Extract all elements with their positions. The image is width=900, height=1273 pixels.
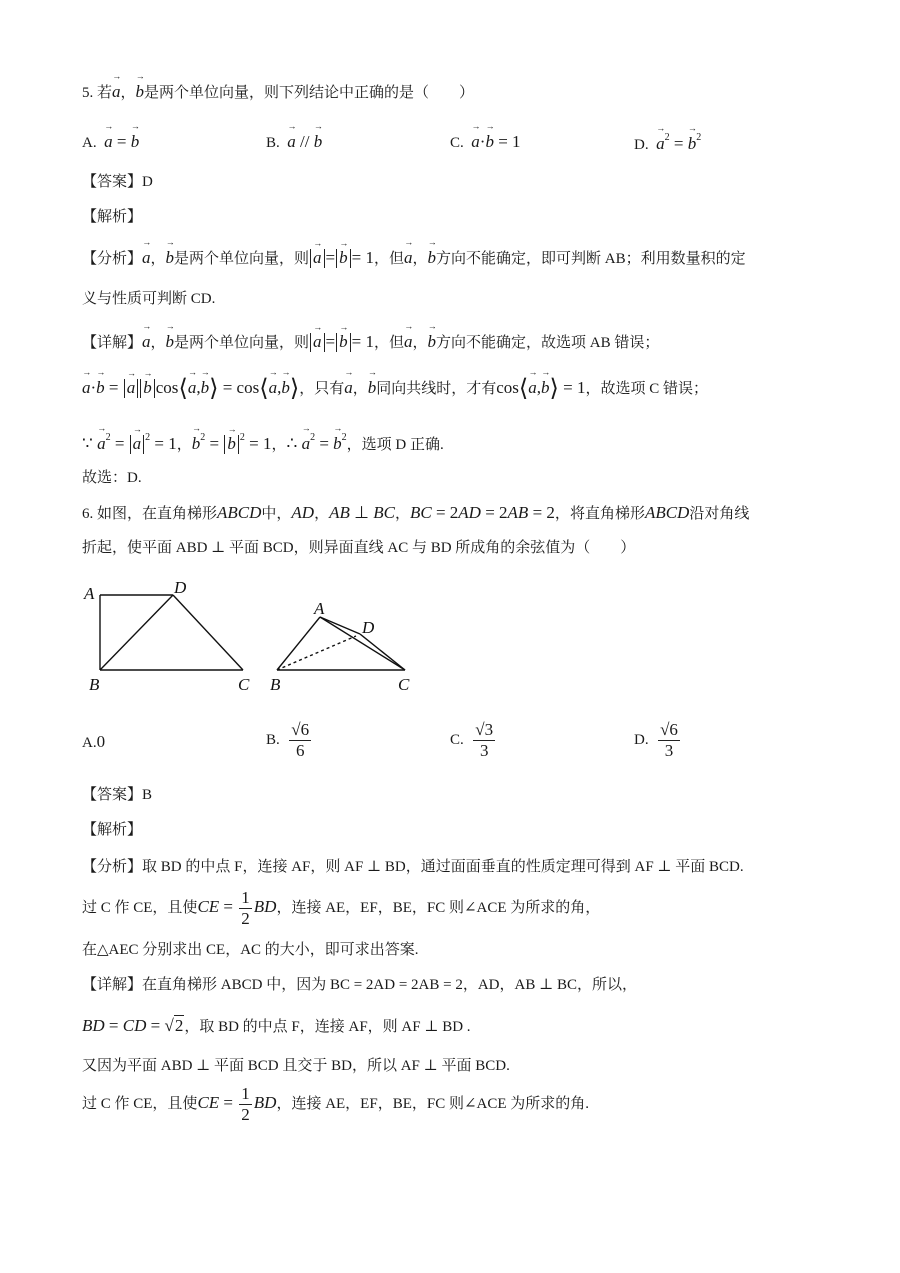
- q5-fenxi-line2: 义与性质可判断 CD.: [82, 289, 215, 309]
- folded-tetrahedron: [277, 617, 405, 670]
- trapezoid-abcd: [100, 595, 243, 670]
- q5-stem: 5. 若a，b是两个单位向量，则下列结论中正确的是（ ）: [82, 82, 474, 103]
- label-d-left: D: [173, 578, 187, 597]
- q5-option-d: D. a2 = b2: [634, 132, 701, 154]
- label-a-right: A: [313, 599, 325, 618]
- q5-conclusion: 故选：D.: [82, 468, 142, 488]
- q6-option-b: B. √66: [266, 720, 313, 761]
- q6-option-c: C. √33: [450, 720, 497, 761]
- q6-xiangjie-line1: 【详解】在直角梯形 ABCD 中，因为 BC = 2AD = 2AB = 2，A…: [82, 975, 637, 995]
- q5-answer: 【答案】D: [82, 172, 153, 192]
- label-c-left: C: [238, 675, 250, 694]
- q6-xiangjie-line4: 过 C 作 CE，且使CE = 12BD，连接 AE，EF，BE，FC 则∠AC…: [82, 1083, 589, 1125]
- q5-option-c: C. a·b = 1: [450, 132, 521, 152]
- vector-a: a: [112, 82, 121, 102]
- q6-option-a: A.0: [82, 732, 105, 752]
- q5-xiangjie-line2: a·b = abcos⟨a,b⟩ = cos⟨a,b⟩，只有a，b同向共线时，才…: [82, 378, 708, 399]
- q5-xiangjie-line3: ∵ a2 = a2 = 1，b2 = b2 = 1，∴ a2 = b2，选项 D…: [82, 428, 444, 455]
- q5-xiangjie-line1: 【详解】a，b是两个单位向量，则a=b= 1，但a，b方向不能确定，故选项 AB…: [82, 332, 659, 353]
- label-d-right: D: [361, 618, 375, 637]
- q6-option-d: D. √63: [634, 720, 682, 761]
- q5-fenxi-line1: 【分析】a，b是两个单位向量，则a=b= 1，但a，b方向不能确定，即可判断 A…: [82, 248, 746, 269]
- q5-option-b: B. a // b: [266, 132, 322, 152]
- q6-answer: 【答案】B: [82, 785, 152, 805]
- trapezoid-figure: A D B C A D B C: [0, 570, 440, 700]
- q6-xiangjie-line3: 又因为平面 ABD ⊥ 平面 BCD 且交于 BD，所以 AF ⊥ 平面 BCD…: [82, 1056, 510, 1076]
- q6-fenxi-line1: 【分析】取 BD 的中点 F，连接 AF，则 AF ⊥ BD，通过面面垂直的性质…: [82, 857, 744, 877]
- q5-analysis-heading: 【解析】: [82, 207, 142, 227]
- label-b-left: B: [89, 675, 100, 694]
- label-a-left: A: [83, 584, 95, 603]
- q6-stem-line1: 6. 如图，在直角梯形ABCD中，AD，AB ⊥ BC，BC = 2AD = 2…: [82, 503, 749, 524]
- q6-fenxi-line2: 过 C 作 CE，且使CE = 12BD，连接 AE，EF，BE，FC 则∠AC…: [82, 887, 600, 929]
- label-c-right: C: [398, 675, 410, 694]
- q6-analysis-heading: 【解析】: [82, 820, 142, 840]
- q6-stem-line2: 折起，使平面 ABD ⊥ 平面 BCD，则异面直线 AC 与 BD 所成角的余弦…: [82, 538, 635, 558]
- answer-value: B: [142, 787, 152, 803]
- label-b-right: B: [270, 675, 281, 694]
- q6-xiangjie-line2: BD = CD = √2，取 BD 的中点 F，连接 AF，则 AF ⊥ BD …: [82, 1016, 471, 1037]
- q6-fenxi-line3: 在△AEC 分别求出 CE，AC 的大小，即可求出答案.: [82, 940, 419, 960]
- vector-b: b: [136, 82, 145, 102]
- answer-value: D: [142, 174, 153, 190]
- q5-option-a: A. a = b: [82, 132, 139, 152]
